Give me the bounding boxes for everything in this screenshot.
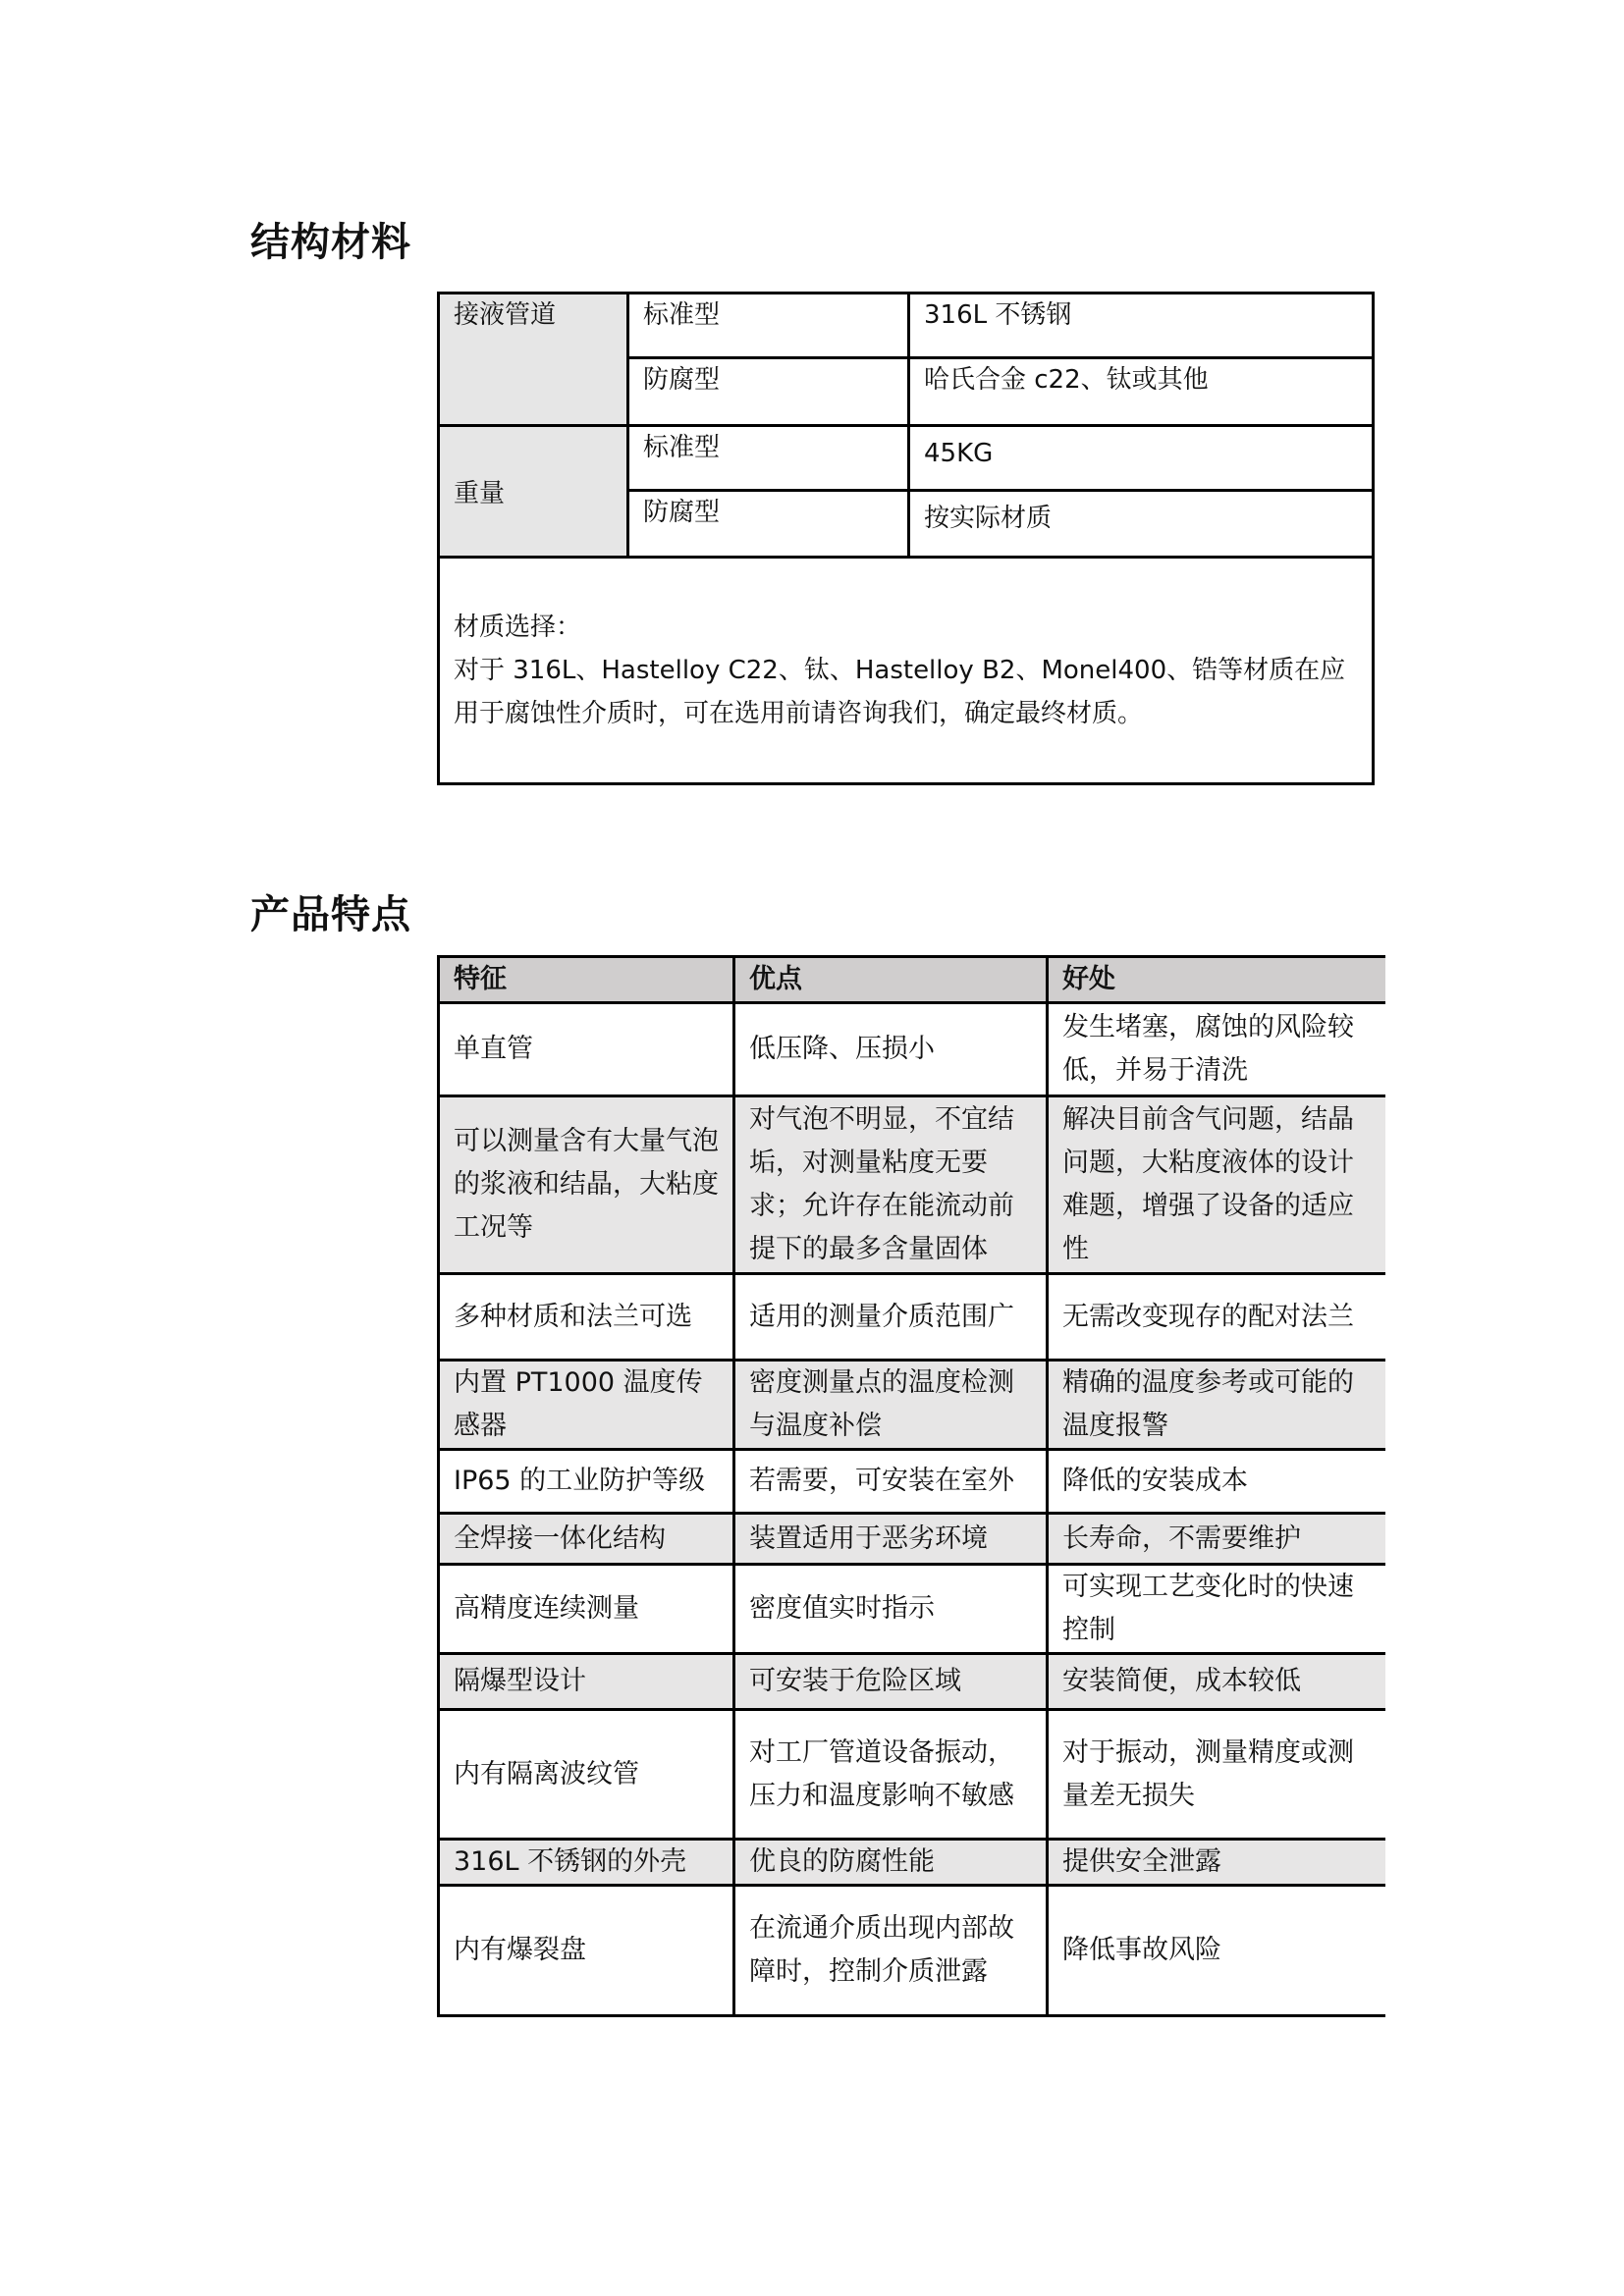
advantage-cell: 适用的测量介质范围广 — [734, 1274, 1048, 1361]
materials-table: 接液管道 标准型 316L 不锈钢 防腐型 哈氏合金 c22、钛或其他 重量 标… — [437, 292, 1375, 785]
advantage-cell: 若需要，可安装在室外 — [734, 1450, 1048, 1514]
table-row: 内有爆裂盘 在流通介质出现内部故障时，控制介质泄露 降低事故风险 — [439, 1886, 1386, 2016]
feature-cell: 多种材质和法兰可选 — [439, 1274, 734, 1361]
table-row: 内置 PT1000 温度传感器 密度测量点的温度检测与温度补偿 精确的温度参考或… — [439, 1361, 1386, 1450]
benefit-cell: 提供安全泄露 — [1048, 1840, 1386, 1886]
table-row: 可以测量含有大量气泡的浆液和结晶，大粘度工况等 对气泡不明显，不宜结垢，对测量粘… — [439, 1096, 1386, 1274]
type-cell: 防腐型 — [628, 491, 909, 558]
table-row: 隔爆型设计 可安装于危险区域 安装简便，成本较低 — [439, 1654, 1386, 1710]
feature-cell: 内有隔离波纹管 — [439, 1710, 734, 1840]
advantage-cell: 对气泡不明显，不宜结垢，对测量粘度无要求；允许存在能流动前提下的最多含量固体 — [734, 1096, 1048, 1274]
feature-cell: 隔爆型设计 — [439, 1654, 734, 1710]
value-cell: 哈氏合金 c22、钛或其他 — [909, 358, 1374, 426]
table-row: IP65 的工业防护等级 若需要，可安装在室外 降低的安装成本 — [439, 1450, 1386, 1514]
advantage-cell: 装置适用于恶劣环境 — [734, 1514, 1048, 1565]
advantage-cell: 密度值实时指示 — [734, 1565, 1048, 1654]
benefit-cell: 对于振动，测量精度或测量差无损失 — [1048, 1710, 1386, 1840]
feature-cell: 内置 PT1000 温度传感器 — [439, 1361, 734, 1450]
table-row: 多种材质和法兰可选 适用的测量介质范围广 无需改变现存的配对法兰 — [439, 1274, 1386, 1361]
note-body: 对于 316L、Hastelloy C22、钛、Hastelloy B2、Mon… — [454, 649, 1358, 735]
type-cell: 标准型 — [628, 426, 909, 491]
table-row: 重量 标准型 45KG — [439, 426, 1374, 491]
value-cell: 316L 不锈钢 — [909, 294, 1374, 358]
advantage-cell: 可安装于危险区域 — [734, 1654, 1048, 1710]
benefit-cell: 降低事故风险 — [1048, 1886, 1386, 2016]
section-title-structure-materials: 结构材料 — [250, 211, 411, 267]
feature-cell: 316L 不锈钢的外壳 — [439, 1840, 734, 1886]
table-row: 单直管 低压降、压损小 发生堵塞，腐蚀的风险较低，并易于清洗 — [439, 1003, 1386, 1096]
type-cell: 标准型 — [628, 294, 909, 358]
table-row: 接液管道 标准型 316L 不锈钢 — [439, 294, 1374, 358]
group-cell: 接液管道 — [439, 294, 628, 426]
benefit-cell: 解决目前含气问题，结晶问题，大粘度液体的设计难题，增强了设备的适应性 — [1048, 1096, 1386, 1274]
feature-cell: 内有爆裂盘 — [439, 1886, 734, 2016]
table-row: 全焊接一体化结构 装置适用于恶劣环境 长寿命，不需要维护 — [439, 1514, 1386, 1565]
type-cell: 防腐型 — [628, 358, 909, 426]
feature-cell: 可以测量含有大量气泡的浆液和结晶，大粘度工况等 — [439, 1096, 734, 1274]
advantage-cell: 低压降、压损小 — [734, 1003, 1048, 1096]
table-row: 316L 不锈钢的外壳 优良的防腐性能 提供安全泄露 — [439, 1840, 1386, 1886]
table-row: 高精度连续测量 密度值实时指示 可实现工艺变化时的快速控制 — [439, 1565, 1386, 1654]
benefit-cell: 可实现工艺变化时的快速控制 — [1048, 1565, 1386, 1654]
feature-cell: 全焊接一体化结构 — [439, 1514, 734, 1565]
advantage-cell: 在流通介质出现内部故障时，控制介质泄露 — [734, 1886, 1048, 2016]
table-row: 内有隔离波纹管 对工厂管道设备振动，压力和温度影响不敏感 对于振动，测量精度或测… — [439, 1710, 1386, 1840]
benefit-cell: 精确的温度参考或可能的温度报警 — [1048, 1361, 1386, 1450]
advantage-cell: 优良的防腐性能 — [734, 1840, 1048, 1886]
material-note: 材质选择： 对于 316L、Hastelloy C22、钛、Hastelloy … — [439, 558, 1374, 784]
header-benefit: 好处 — [1048, 957, 1386, 1003]
advantage-cell: 密度测量点的温度检测与温度补偿 — [734, 1361, 1048, 1450]
value-cell: 按实际材质 — [909, 491, 1374, 558]
feature-cell: 单直管 — [439, 1003, 734, 1096]
feature-cell: 高精度连续测量 — [439, 1565, 734, 1654]
section-title-product-features: 产品特点 — [250, 883, 411, 939]
group-cell: 重量 — [439, 426, 628, 558]
benefit-cell: 无需改变现存的配对法兰 — [1048, 1274, 1386, 1361]
features-table: 特征 优点 好处 单直管 低压降、压损小 发生堵塞，腐蚀的风险较低，并易于清洗 … — [437, 955, 1385, 2017]
feature-cell: IP65 的工业防护等级 — [439, 1450, 734, 1514]
benefit-cell: 安装简便，成本较低 — [1048, 1654, 1386, 1710]
benefit-cell: 降低的安装成本 — [1048, 1450, 1386, 1514]
header-feature: 特征 — [439, 957, 734, 1003]
benefit-cell: 发生堵塞，腐蚀的风险较低，并易于清洗 — [1048, 1003, 1386, 1096]
advantage-cell: 对工厂管道设备振动，压力和温度影响不敏感 — [734, 1710, 1048, 1840]
table-row: 材质选择： 对于 316L、Hastelloy C22、钛、Hastelloy … — [439, 558, 1374, 784]
benefit-cell: 长寿命，不需要维护 — [1048, 1514, 1386, 1565]
header-advantage: 优点 — [734, 957, 1048, 1003]
note-title: 材质选择： — [454, 606, 1358, 649]
table-header-row: 特征 优点 好处 — [439, 957, 1386, 1003]
value-cell: 45KG — [909, 426, 1374, 491]
